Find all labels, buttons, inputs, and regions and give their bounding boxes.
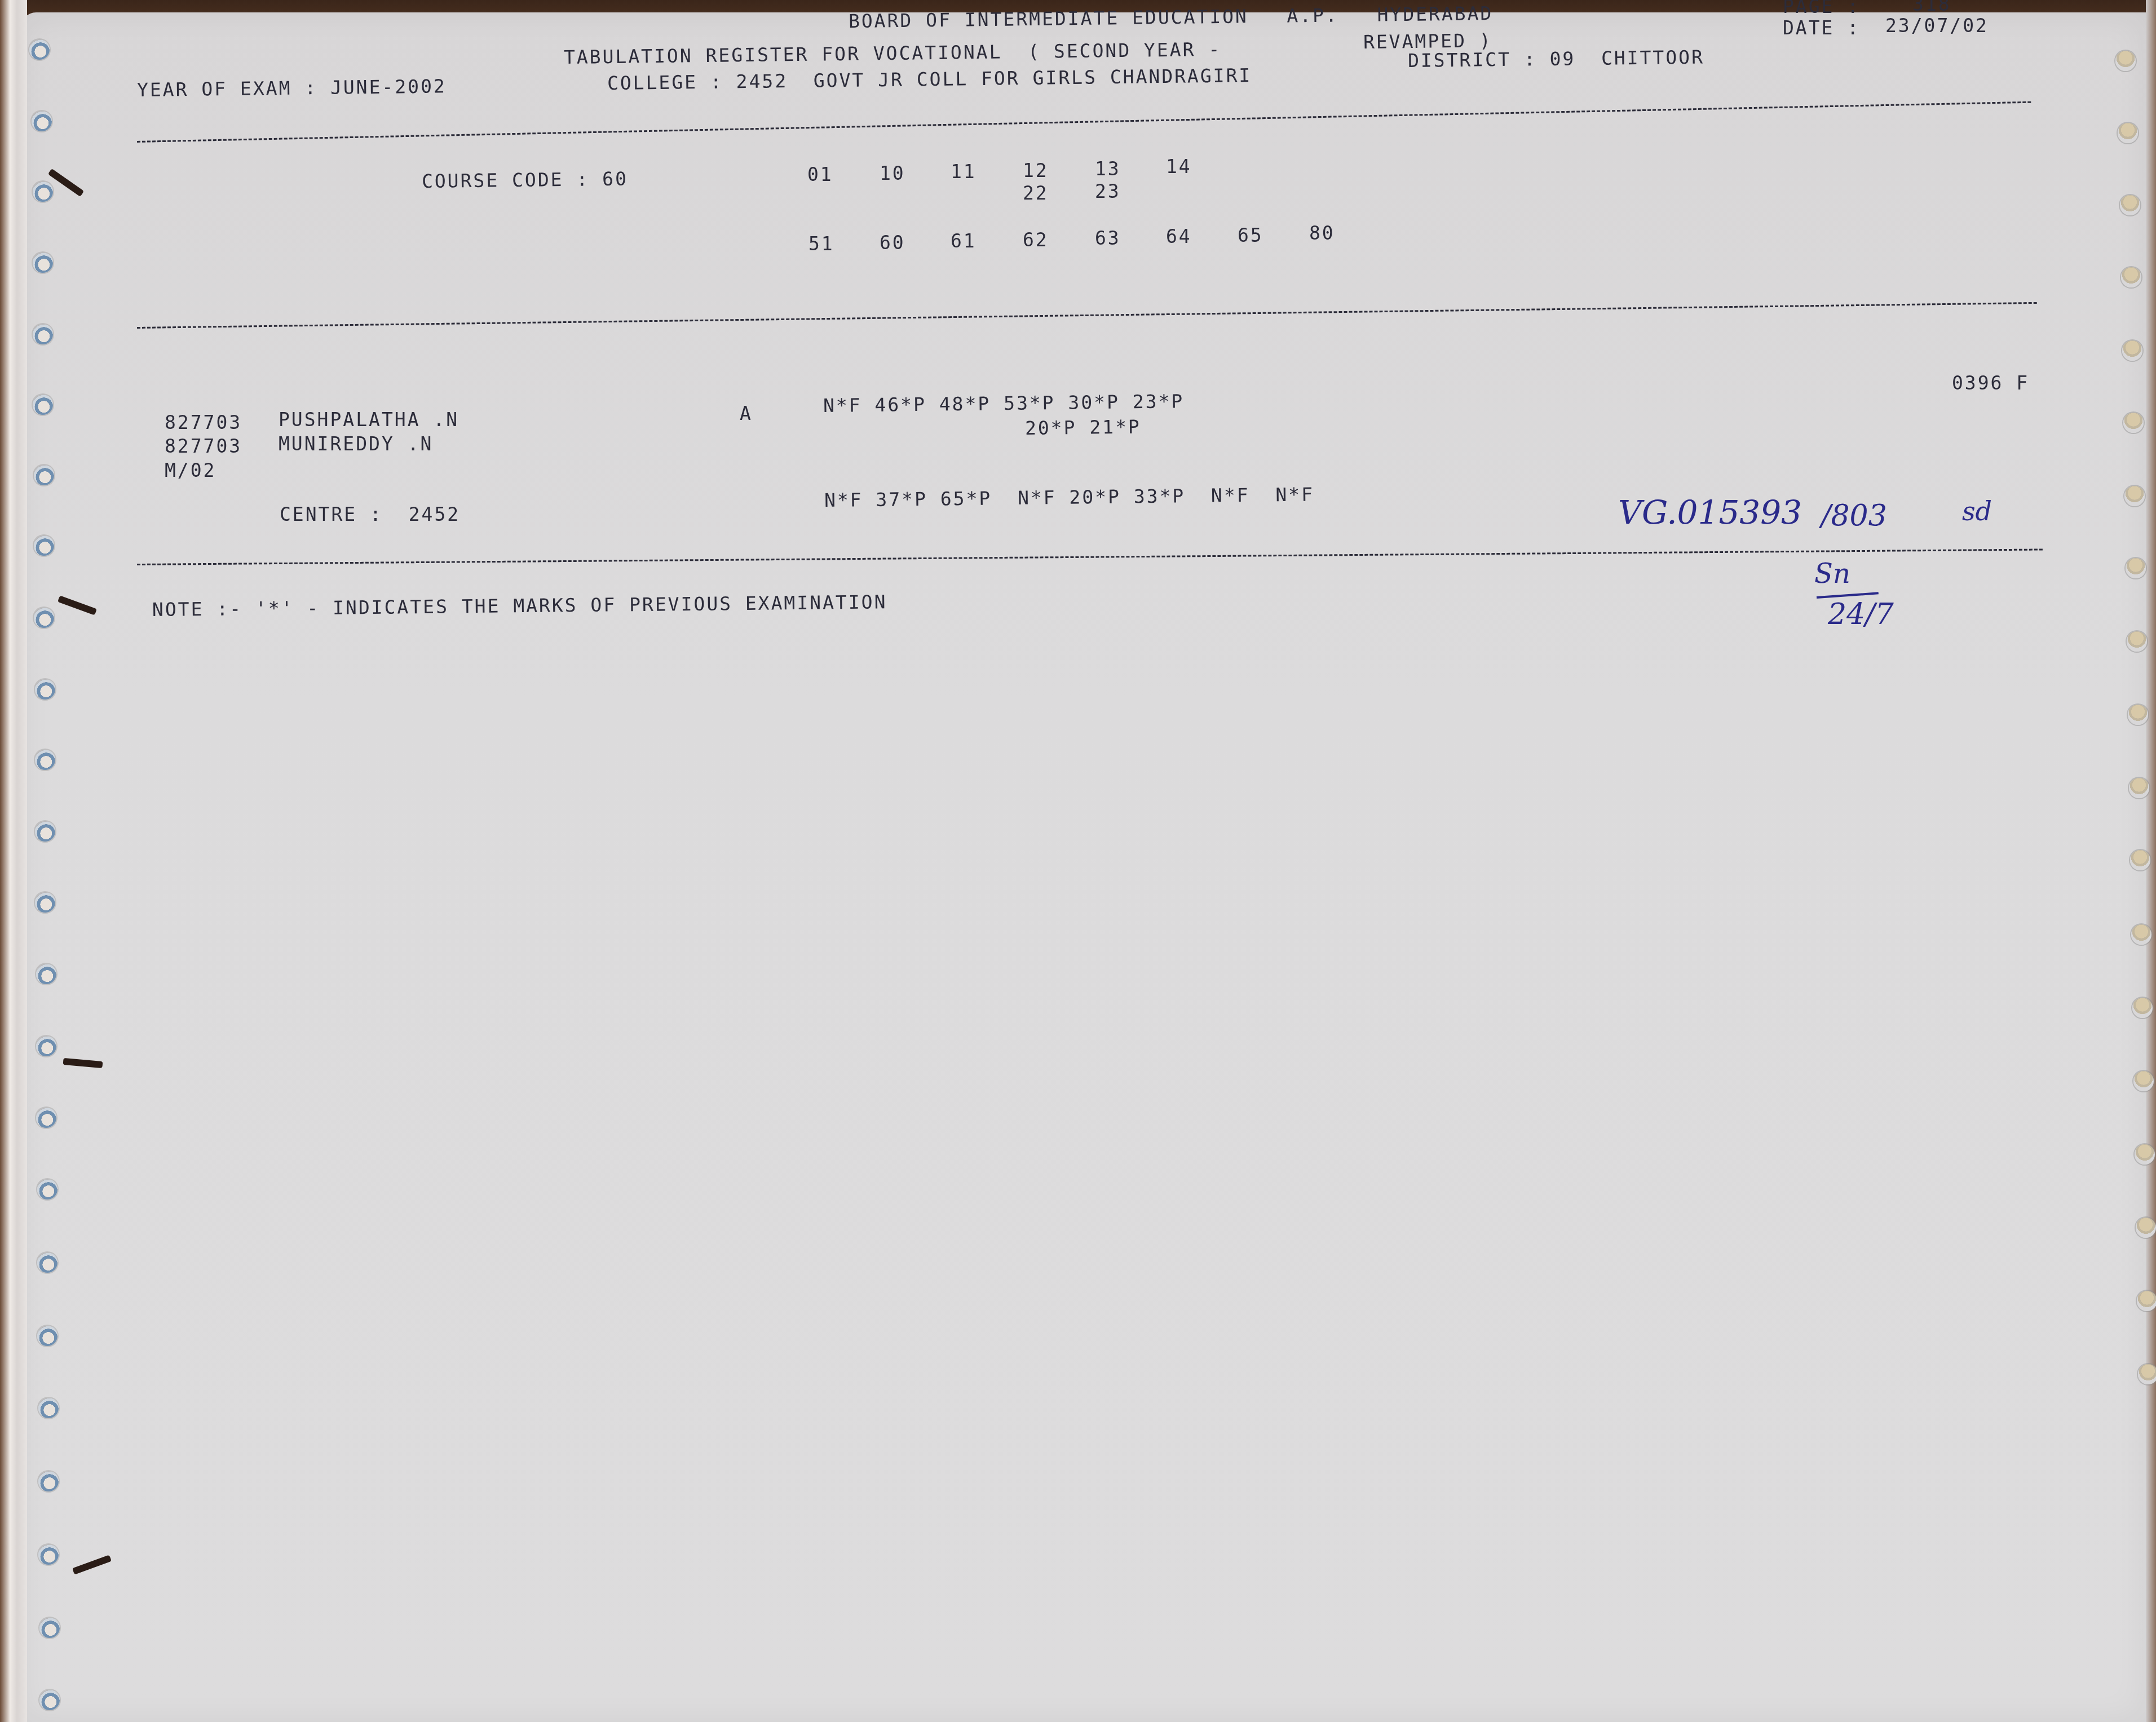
binding-edge — [0, 0, 27, 1722]
sprocket-hole-icon — [35, 679, 55, 700]
sprocket-hole-icon — [33, 253, 53, 273]
sprocket-hole-icon — [2115, 51, 2136, 71]
sprocket-hole-icon — [33, 182, 53, 202]
father-name: MUNIREDDY .N — [279, 433, 433, 455]
handwritten-signature: Sn — [1814, 558, 1850, 590]
sprocket-hole-icon — [2121, 267, 2141, 287]
sprocket-hole-icon — [36, 964, 56, 984]
sprocket-hole-icon — [2124, 486, 2145, 506]
marks-row-1: N*F 46*P 48*P 53*P 30*P 23*P — [823, 390, 1185, 417]
sprocket-hole-icon — [29, 39, 50, 60]
category-code: M/02 — [165, 459, 216, 481]
subject-code: 01 — [807, 163, 833, 185]
sprocket-hole-icon — [39, 1690, 60, 1710]
marks-row-1b: 20*P 21*P — [1025, 415, 1141, 439]
handwritten-initial: sd — [1962, 496, 1992, 526]
sprocket-hole-icon — [32, 111, 52, 131]
candidate-name: PUSHPALATHA .N — [279, 409, 459, 431]
sprocket-hole-icon — [2136, 1218, 2156, 1238]
sprocket-hole-icon — [2120, 195, 2140, 215]
sprocket-hole-icon — [2131, 924, 2151, 945]
subject-code: 23 — [1095, 180, 1121, 202]
sprocket-hole-icon — [2127, 631, 2147, 652]
handwritten-slash-number: /803 — [1821, 499, 1887, 533]
sprocket-hole-icon — [34, 608, 54, 628]
sprocket-hole-icon — [38, 1471, 59, 1491]
sprocket-hole-icon — [35, 892, 55, 913]
register-sheet — [20, 12, 2146, 1722]
subject-code: 22 — [1023, 182, 1049, 204]
page-label: PAGE : — [1783, 0, 1860, 17]
medium-code: A — [740, 402, 753, 424]
father-ticket-number: 827703 — [165, 435, 242, 457]
sprocket-hole-icon — [39, 1618, 60, 1638]
sprocket-hole-icon — [2137, 1291, 2156, 1311]
subject-code: 64 — [1166, 225, 1192, 247]
sprocket-hole-icon — [37, 1179, 58, 1199]
subject-code: 63 — [1095, 227, 1121, 249]
subject-code: 62 — [1023, 229, 1049, 251]
subject-code: 61 — [951, 230, 977, 252]
total-result: 0396 F — [1952, 372, 2029, 394]
subject-code: 13 — [1095, 158, 1121, 180]
date-label: DATE : — [1783, 17, 1860, 39]
sprocket-hole-icon — [2118, 123, 2138, 143]
sprocket-hole-icon — [37, 1326, 58, 1346]
subject-code: 80 — [1309, 222, 1335, 244]
sprocket-hole-icon — [34, 465, 54, 485]
subject-code: 14 — [1166, 156, 1192, 178]
subject-code: 10 — [880, 162, 905, 184]
sprocket-hole-icon — [38, 1398, 59, 1418]
print-date: 23/07/02 — [1885, 15, 1989, 37]
handwritten-reference: VG.015393 — [1618, 493, 1802, 532]
sprocket-hole-icon — [2123, 413, 2144, 433]
sprocket-hole-icon — [34, 535, 54, 556]
sprocket-hole-icon — [37, 1252, 58, 1273]
sprocket-hole-icon — [35, 821, 55, 842]
hall-ticket-number: 827703 — [165, 411, 242, 433]
sprocket-hole-icon — [2122, 340, 2142, 361]
sprocket-hole-icon — [36, 1108, 56, 1128]
sprocket-hole-icon — [33, 324, 53, 344]
district-line: DISTRICT : 09 CHITTOOR — [1408, 46, 1704, 72]
subject-code: 65 — [1238, 224, 1263, 246]
sprocket-hole-icon — [2130, 850, 2150, 870]
subject-code: 51 — [808, 233, 834, 255]
sprocket-hole-icon — [2135, 1144, 2155, 1165]
handwritten-date: 24/7 — [1828, 597, 1894, 631]
sprocket-hole-icon — [2126, 558, 2146, 578]
sprocket-hole-icon — [2133, 1071, 2154, 1091]
sprocket-hole-icon — [2128, 705, 2148, 725]
sprocket-hole-icon — [36, 1036, 56, 1056]
sprocket-hole-icon — [2132, 998, 2153, 1018]
subject-code: 12 — [1023, 160, 1049, 182]
sprocket-hole-icon — [33, 395, 53, 415]
centre-number: CENTRE : 2452 — [280, 503, 460, 525]
subject-code: 60 — [880, 232, 905, 254]
subject-code: 11 — [951, 161, 977, 183]
page-number: 318 — [1912, 0, 1951, 15]
course-code-label: COURSE CODE : 60 — [422, 168, 628, 192]
sprocket-hole-icon — [35, 750, 55, 770]
year-of-exam: YEAR OF EXAM : JUNE-2002 — [137, 75, 447, 101]
sprocket-hole-icon — [2138, 1364, 2156, 1384]
sprocket-hole-icon — [38, 1544, 59, 1565]
sprocket-hole-icon — [2129, 778, 2149, 798]
